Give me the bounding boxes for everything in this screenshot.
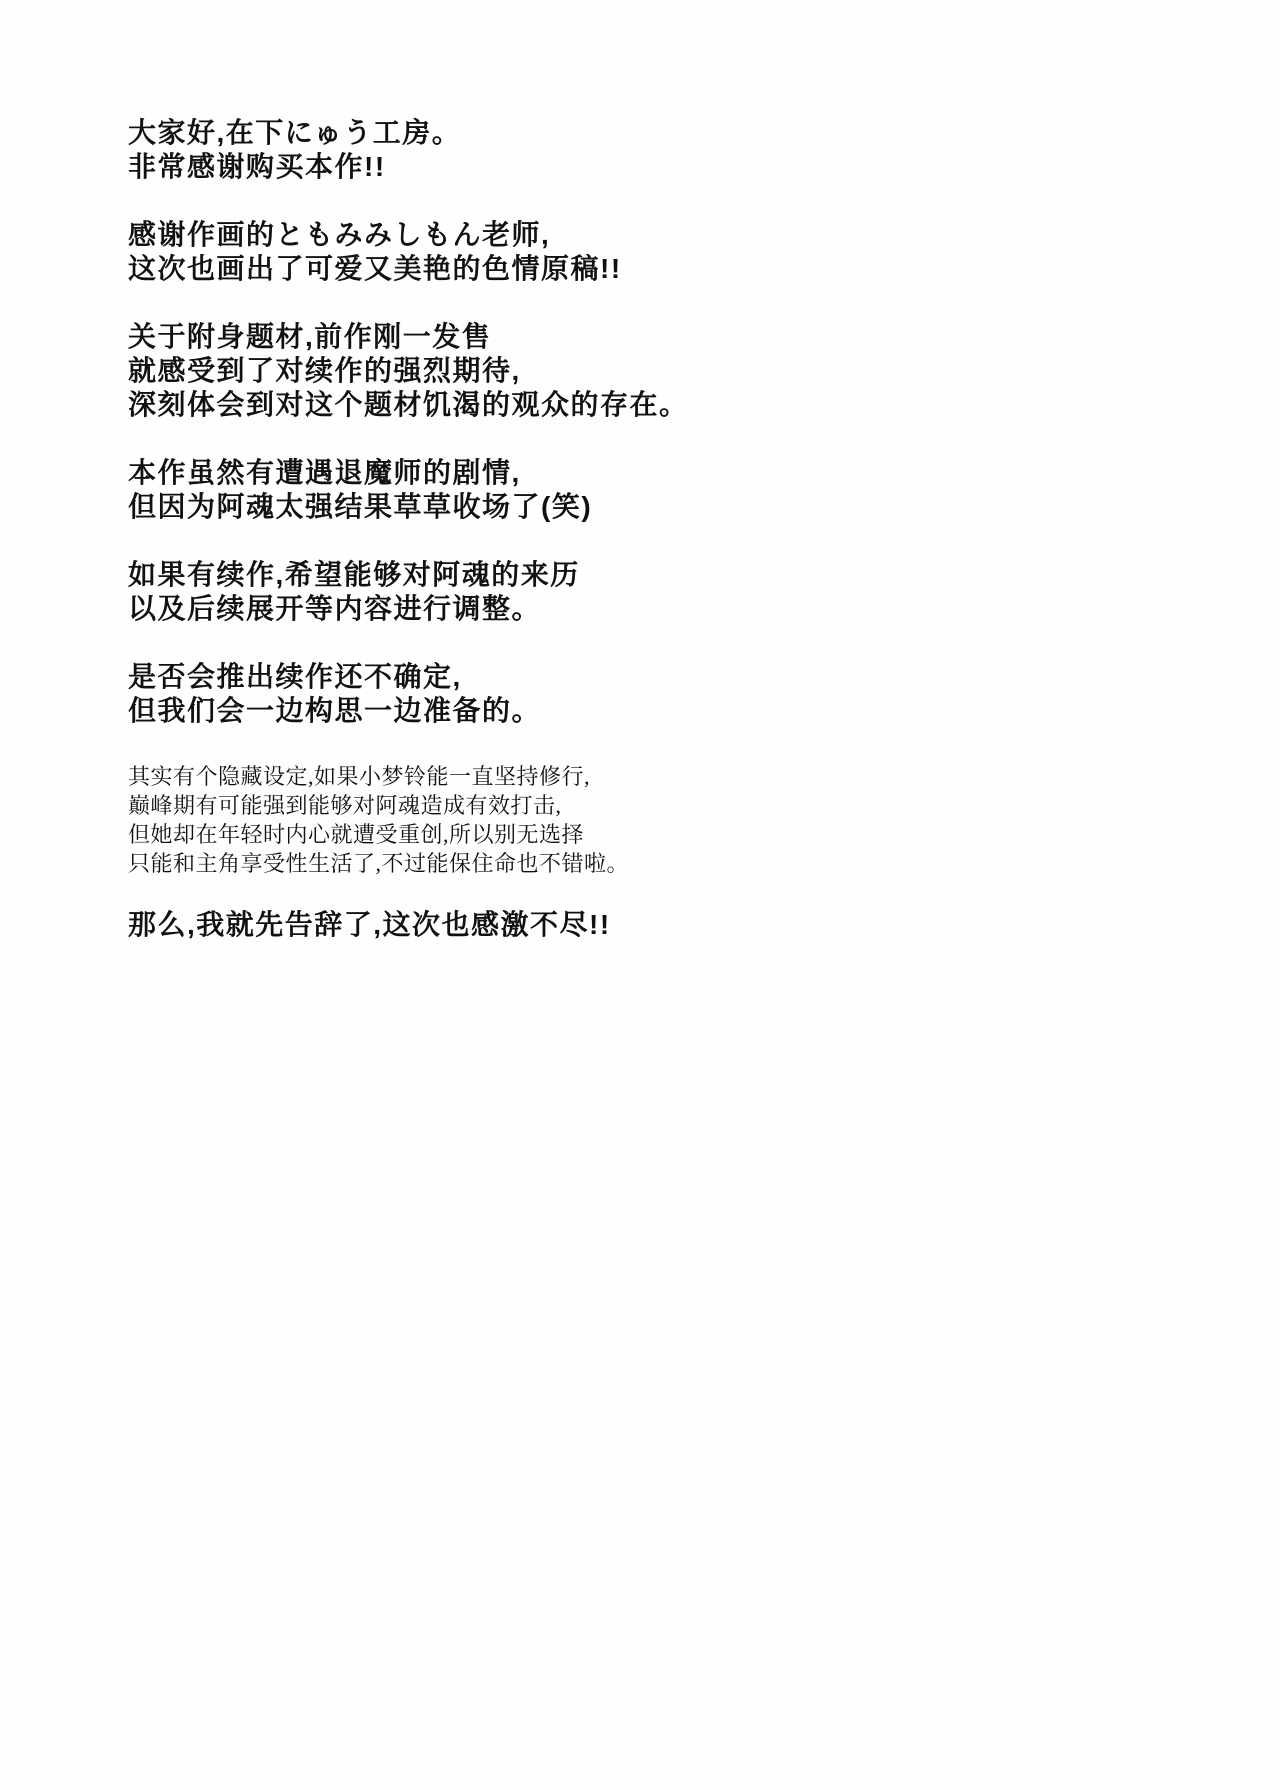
text-line: 非常感谢购买本作!! xyxy=(128,150,1220,184)
paragraph-sequel-status: 是否会推出续作还不确定, 但我们会一边构思一边准备的。 xyxy=(128,660,1220,728)
text-line: 以及后续展开等内容进行调整。 xyxy=(128,592,1220,626)
paragraph-possession-theme: 关于附身题材,前作刚一发售 就感受到了对续作的强烈期待, 深刻体会到对这个题材饥… xyxy=(128,320,1220,422)
text-line: 是否会推出续作还不确定, xyxy=(128,660,1220,694)
paragraph-closing: 那么,我就先告辞了,这次也感激不尽!! xyxy=(128,908,1220,942)
text-line: 这次也画出了可爱又美艳的色情原稿!! xyxy=(128,252,1220,286)
text-line: 关于附身题材,前作刚一发售 xyxy=(128,320,1220,354)
text-line: 就感受到了对续作的强烈期待, xyxy=(128,354,1220,388)
text-line: 大家好,在下にゅう工房。 xyxy=(128,116,1220,150)
text-line: 其实有个隐藏设定,如果小梦铃能一直坚持修行, xyxy=(128,762,1220,791)
text-line: 巅峰期有可能强到能够对阿魂造成有效打击, xyxy=(128,791,1220,820)
text-line: 但她却在年轻时内心就遭受重创,所以别无选择 xyxy=(128,820,1220,849)
text-line: 但因为阿魂太强结果草草收场了(笑) xyxy=(128,490,1220,524)
text-line: 但我们会一边构思一边准备的。 xyxy=(128,694,1220,728)
text-line: 感谢作画的ともみみしもん老师, xyxy=(128,218,1220,252)
paragraph-greeting: 大家好,在下にゅう工房。 非常感谢购买本作!! xyxy=(128,116,1220,184)
text-line: 只能和主角享受性生活了,不过能保住命也不错啦。 xyxy=(128,849,1220,878)
text-line: 深刻体会到对这个题材饥渴的观众的存在。 xyxy=(128,388,1220,422)
paragraph-sequel-hope: 如果有续作,希望能够对阿魂的来历 以及后续展开等内容进行调整。 xyxy=(128,558,1220,626)
paragraph-story-note: 本作虽然有遭遇退魔师的剧情, 但因为阿魂太强结果草草收场了(笑) xyxy=(128,456,1220,524)
text-line: 本作虽然有遭遇退魔师的剧情, xyxy=(128,456,1220,490)
text-line: 那么,我就先告辞了,这次也感激不尽!! xyxy=(128,908,1220,942)
paragraph-artist-thanks: 感谢作画的ともみみしもん老师, 这次也画出了可爱又美艳的色情原稿!! xyxy=(128,218,1220,286)
afterword-page: 大家好,在下にゅう工房。 非常感谢购买本作!! 感谢作画的ともみみしもん老师, … xyxy=(0,0,1280,1790)
paragraph-hidden-lore-note: 其实有个隐藏设定,如果小梦铃能一直坚持修行, 巅峰期有可能强到能够对阿魂造成有效… xyxy=(128,762,1220,878)
text-line: 如果有续作,希望能够对阿魂的来历 xyxy=(128,558,1220,592)
